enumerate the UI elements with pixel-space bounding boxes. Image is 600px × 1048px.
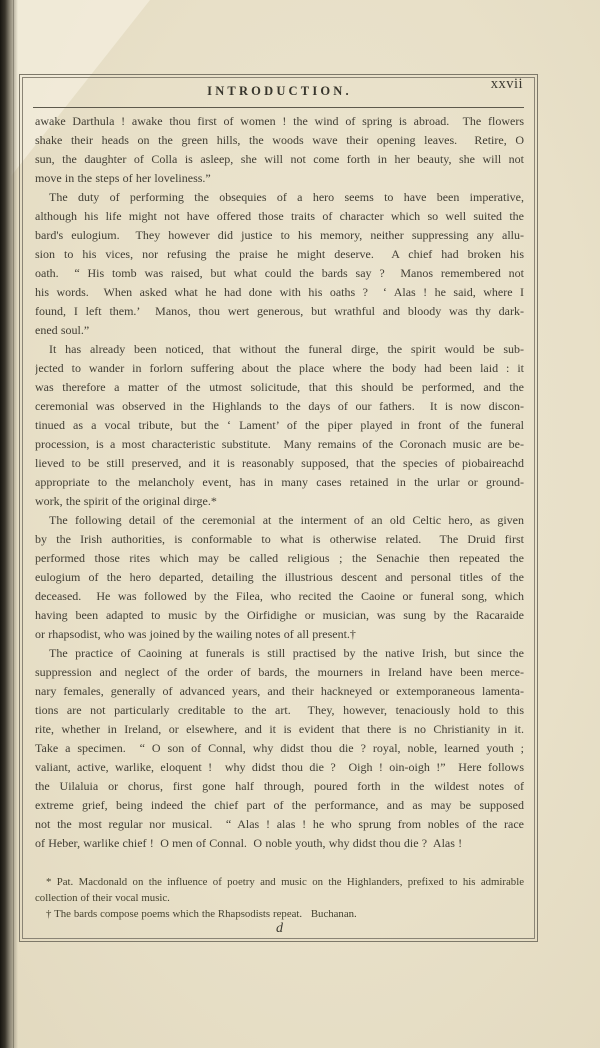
text-line: sion to his vices, nor refusing the prai… — [35, 245, 524, 264]
paragraph: The following detail of the ceremonial a… — [35, 511, 524, 644]
text-line: deceased. He was followed by the Filea, … — [35, 587, 524, 606]
text-line: rite, whether in Ireland, or elsewhere, … — [35, 720, 524, 739]
text-line: ceremonial was observed in the Highlands… — [35, 397, 524, 416]
text-line: lieved to be still preserved, and it is … — [35, 454, 524, 473]
footnote: † The bards compose poems which the Rhap… — [35, 906, 524, 922]
text-line: * Pat. Macdonald on the influence of poe… — [35, 874, 524, 890]
text-line: was therefore a matter of the utmost sol… — [35, 378, 524, 397]
text-line: the Uilaluia or chorus, first gone half … — [35, 777, 524, 796]
page-number: xxvii — [491, 76, 523, 93]
text-line: although his life might not have offered… — [35, 207, 524, 226]
text-line: The practice of Caoining at funerals is … — [35, 644, 524, 663]
text-line: valiant, active, warlike, eloquent ! why… — [35, 758, 524, 777]
text-line: or rhapsodist, who was joined by the wai… — [35, 625, 524, 644]
text-line: tinued as a vocal tribute, but the ‘ Lam… — [35, 416, 524, 435]
text-line: suppression and neglect of the order of … — [35, 663, 524, 682]
book-spine-line — [13, 0, 14, 1048]
paragraph: The duty of performing the obsequies of … — [35, 188, 524, 340]
paragraph: The practice of Caoining at funerals is … — [35, 644, 524, 853]
text-line: move in the steps of her loveliness.” — [35, 169, 524, 188]
text-line: bard's eulogium. They however did justic… — [35, 226, 524, 245]
text-line: ened soul.” — [35, 321, 524, 340]
footnotes: * Pat. Macdonald on the influence of poe… — [35, 874, 524, 922]
text-line: jected to wander in forlorn suffering ab… — [35, 359, 524, 378]
book-spine-shadow — [0, 0, 18, 1048]
text-line: extreme grief, being indeed the chief pa… — [35, 796, 524, 815]
text-line: having been adapted to music by the Oirf… — [35, 606, 524, 625]
text-line: not the most regular nor musical. “ Alas… — [35, 815, 524, 834]
page-title: INTRODUCTION. — [35, 84, 524, 99]
paragraph: It has already been noticed, that withou… — [35, 340, 524, 511]
header-rule — [33, 107, 524, 108]
text-line: appropriate to the melancholy event, has… — [35, 473, 524, 492]
text-line: work, the spirit of the original dirge.* — [35, 492, 524, 511]
signature-mark: d — [35, 921, 524, 937]
text-line: found, I left them.’ Manos, thou wert ge… — [35, 302, 524, 321]
text-line: The duty of performing the obsequies of … — [35, 188, 524, 207]
paragraph: awake Darthula ! awake thou first of wom… — [35, 112, 524, 188]
text-line: oath. “ His tomb was raised, but what co… — [35, 264, 524, 283]
text-line: nary females, generally of advanced year… — [35, 682, 524, 701]
text-line: Take a specimen. “ O son of Connal, why … — [35, 739, 524, 758]
text-line: by the Irish authorities, is conformable… — [35, 530, 524, 549]
text-line: † The bards compose poems which the Rhap… — [35, 906, 524, 922]
footnote: * Pat. Macdonald on the influence of poe… — [35, 874, 524, 906]
text-line: procession, is a most characteristic sub… — [35, 435, 524, 454]
text-line: shake their heads on the green hills, th… — [35, 131, 524, 150]
text-line: awake Darthula ! awake thou first of wom… — [35, 112, 524, 131]
text-line: collection of their vocal music. — [35, 890, 524, 906]
body-text: awake Darthula ! awake thou first of wom… — [35, 112, 524, 853]
text-line: sun, the daughter of Colla is asleep, sh… — [35, 150, 524, 169]
text-line: his words. When asked what he had done w… — [35, 283, 524, 302]
text-line: eulogium of the hero departed, detailing… — [35, 568, 524, 587]
text-line: It has already been noticed, that withou… — [35, 340, 524, 359]
text-line: performed those rites which may be calle… — [35, 549, 524, 568]
text-line: of Heber, warlike chief ! O men of Conna… — [35, 834, 524, 853]
text-line: The following detail of the ceremonial a… — [35, 511, 524, 530]
text-line: tions are not particularly creditable to… — [35, 701, 524, 720]
